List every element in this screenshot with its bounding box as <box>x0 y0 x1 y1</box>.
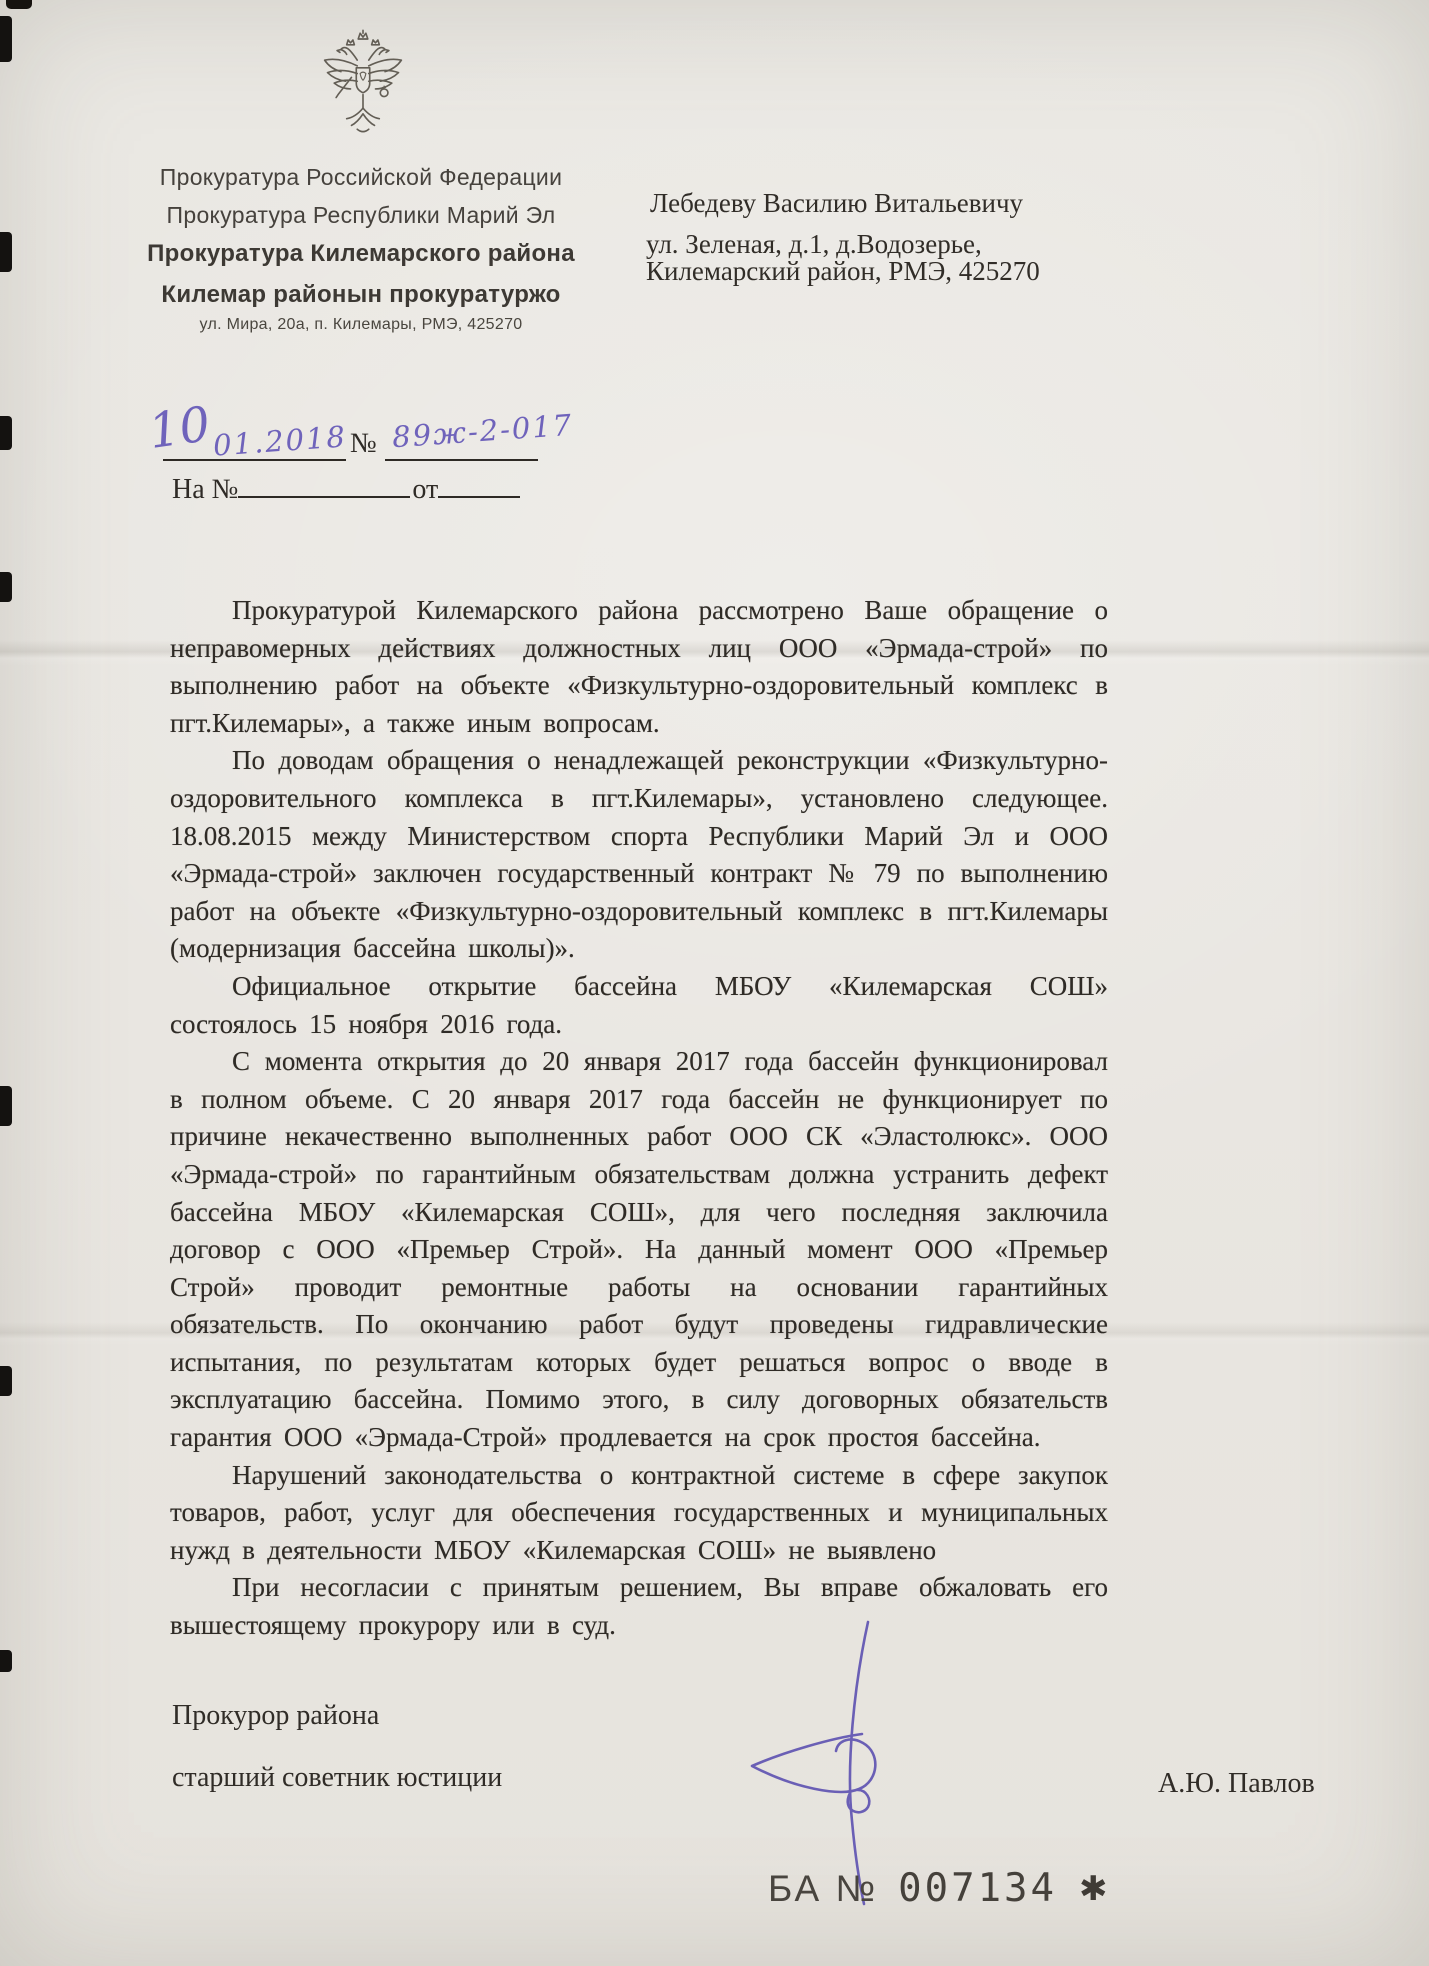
scan-artifact <box>6 0 32 9</box>
body-paragraph: Нарушений законодательства о контрактной… <box>170 1457 1108 1570</box>
body-paragraph: Официальное открытие бассейна МБОУ «Киле… <box>170 968 1108 1043</box>
scan-artifact <box>0 1650 12 1672</box>
letter-body: Прокуратурой Килемарского района рассмот… <box>170 592 1108 1645</box>
body-paragraph: С момента открытия до 20 января 2017 год… <box>170 1043 1108 1457</box>
reference-date-blank <box>438 470 520 498</box>
form-number-stamp: БА № 007134 ✱ <box>768 1866 1108 1911</box>
body-paragraph: Прокуратурой Килемарского района рассмот… <box>170 592 1108 742</box>
signer-position-line1: Прокурор района <box>172 1700 379 1732</box>
stamp-number: 007134 <box>898 1866 1057 1911</box>
handwritten-signature <box>740 1616 890 1908</box>
numero-sign: № <box>350 428 377 460</box>
reference-row: На №от <box>172 470 520 506</box>
scan-artifact <box>0 232 12 272</box>
russia-coat-of-arms-icon <box>315 25 411 149</box>
letterhead-org-federation: Прокуратура Российской Федерации <box>118 164 604 191</box>
handwritten-date-day: 10 <box>145 396 213 460</box>
stamp-series: БА № <box>768 1868 878 1910</box>
scan-artifact <box>0 1366 12 1396</box>
letterhead-org-district-mari: Килемар районын прокуратуржо <box>118 281 604 309</box>
body-paragraph: По доводам обращения о ненадлежащей реко… <box>170 742 1108 968</box>
recipient-name: Лебедеву Василию Витальевичу <box>650 188 1023 219</box>
stamp-star-icon: ✱ <box>1079 1869 1108 1909</box>
number-blank-line <box>385 459 538 461</box>
scan-artifact <box>0 572 12 602</box>
scan-artifact <box>0 416 12 450</box>
handwritten-date: 01.2018 <box>212 419 348 462</box>
scan-artifact <box>0 1086 12 1126</box>
handwritten-outgoing-number: 89ж-2-017 <box>391 408 574 455</box>
date-blank-line <box>163 459 346 461</box>
recipient-address-line2: Килемарский район, РМЭ, 425270 <box>646 256 1040 287</box>
reference-number-blank <box>238 470 410 498</box>
signer-position-line2: старший советник юстиции <box>172 1762 502 1794</box>
scanned-letter-page: Прокуратура Российской Федерации Прокура… <box>0 0 1429 1966</box>
signer-name: А.Ю. Павлов <box>1158 1768 1315 1800</box>
letterhead-org-republic: Прокуратура Республики Марий Эл <box>118 202 604 229</box>
letterhead-address: ул. Мира, 20а, п. Килемары, РМЭ, 425270 <box>118 316 604 334</box>
scan-artifact <box>0 16 12 62</box>
reference-prefix: На № <box>172 474 238 505</box>
body-paragraph: При несогласии с принятым решением, Вы в… <box>170 1569 1108 1644</box>
letterhead-org-district: Прокуратура Килемарского района <box>118 240 604 268</box>
reference-ot-label: от <box>412 474 438 505</box>
